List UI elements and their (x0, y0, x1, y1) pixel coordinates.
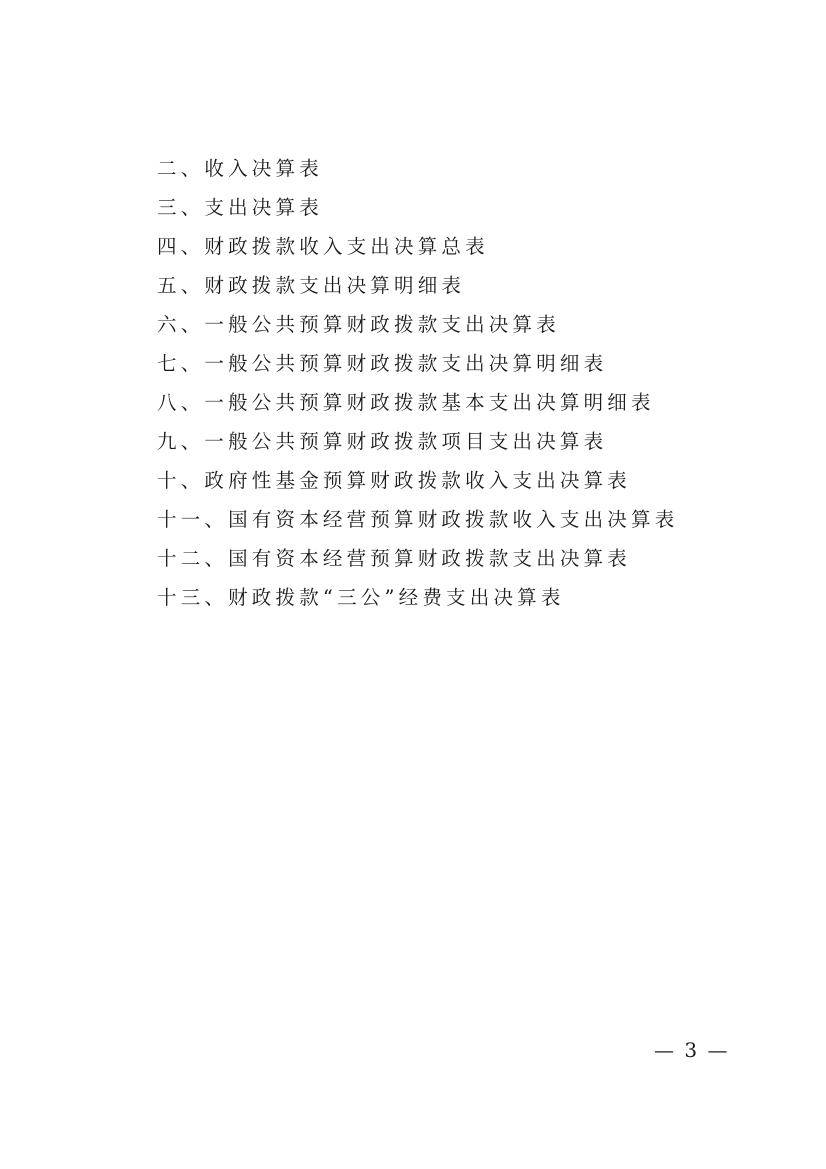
toc-item-11: 十一、国有资本经营预算财政拨款收入支出决算表 (157, 506, 678, 545)
table-of-contents-list: 二、收入决算表 三、支出决算表 四、财政拨款收入支出决算总表 五、财政拨款支出决… (157, 155, 678, 623)
toc-item-6: 六、一般公共预算财政拨款支出决算表 (157, 311, 678, 350)
toc-item-4: 四、财政拨款收入支出决算总表 (157, 233, 678, 272)
toc-item-2: 二、收入决算表 (157, 155, 678, 194)
toc-item-10: 十、政府性基金预算财政拨款收入支出决算表 (157, 467, 678, 506)
toc-item-9: 九、一般公共预算财政拨款项目支出决算表 (157, 428, 678, 467)
toc-item-7: 七、一般公共预算财政拨款支出决算明细表 (157, 350, 678, 389)
toc-item-3: 三、支出决算表 (157, 194, 678, 233)
toc-item-12: 十二、国有资本经营预算财政拨款支出决算表 (157, 545, 678, 584)
toc-item-5: 五、财政拨款支出决算明细表 (157, 272, 678, 311)
page-number: — 3 — (654, 1038, 729, 1062)
toc-item-8: 八、一般公共预算财政拨款基本支出决算明细表 (157, 389, 678, 428)
toc-item-13: 十三、财政拨款“三公”经费支出决算表 (157, 584, 678, 623)
